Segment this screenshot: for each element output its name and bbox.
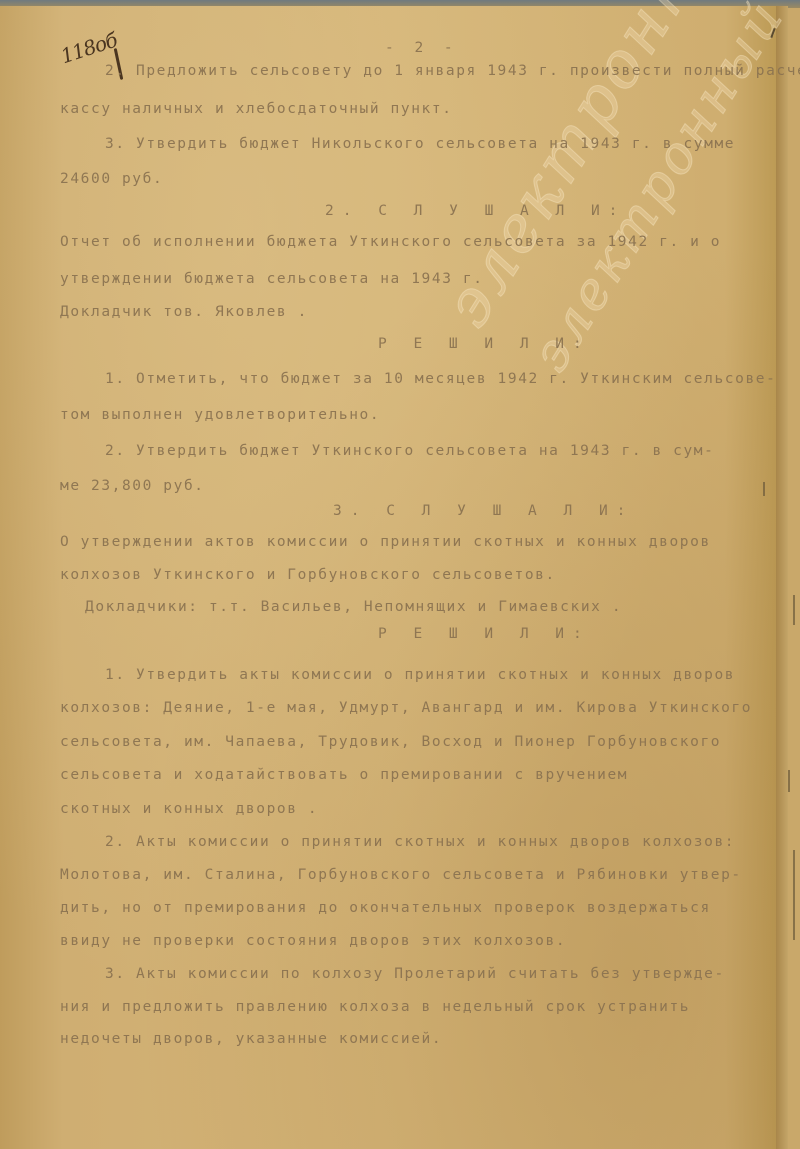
typed-line: 24600 руб. bbox=[60, 171, 163, 187]
typed-line: колхозов: Деяние, 1-е мая, Удмурт, Аванг… bbox=[60, 700, 752, 716]
typed-line: том выполнен удовлетворительно. bbox=[60, 407, 380, 423]
typed-line: 1. Отметить, что бюджет за 10 месяцев 19… bbox=[105, 371, 776, 387]
margin-mark bbox=[763, 482, 765, 496]
page-edge bbox=[776, 6, 788, 1149]
typed-line: Молотова, им. Сталина, Горбуновского сел… bbox=[60, 867, 742, 883]
typed-line: недочеты дворов, указанные комиссией. bbox=[60, 1031, 442, 1047]
typed-line: 2. Предложить сельсовету до 1 января 194… bbox=[105, 63, 800, 79]
typed-line: ме 23,800 руб. bbox=[60, 478, 205, 494]
typed-line: скотных и конных дворов . bbox=[60, 801, 318, 817]
typed-line: утверждении бюджета сельсовета на 1943 г… bbox=[60, 271, 484, 287]
margin-mark bbox=[788, 770, 790, 792]
typed-line: 1. Утвердить акты комиссии о принятии ск… bbox=[105, 667, 735, 683]
section-heading: Р Е Ш И Л И: bbox=[378, 626, 591, 642]
typed-line: ввиду не проверки состояния дворов этих … bbox=[60, 933, 566, 949]
typed-line: колхозов Уткинского и Горбуновского сель… bbox=[60, 567, 556, 583]
typed-line: сельсовета, им. Чапаева, Трудовик, Восхо… bbox=[60, 734, 721, 750]
typed-line: 3. Акты комиссии по колхозу Пролетарий с… bbox=[105, 966, 725, 982]
typed-line: Докладчик тов. Яковлев . bbox=[60, 304, 308, 320]
typed-line: 2. Утвердить бюджет Уткинского сельсовет… bbox=[105, 443, 714, 459]
typed-line: О утверждении актов комиссии о принятии … bbox=[60, 534, 711, 550]
page-number: - 2 - bbox=[385, 40, 459, 56]
typed-line: Докладчики: т.т. Васильев, Непомнящих и … bbox=[85, 599, 622, 615]
typed-line: кассу наличных и хлебосдаточный пункт. bbox=[60, 101, 453, 117]
typed-line: сельсовета и ходатайствовать о премирова… bbox=[60, 767, 628, 783]
typed-line: дить, но от премирования до окончательны… bbox=[60, 900, 711, 916]
typed-line: 3. Утвердить бюджет Никольского сельсове… bbox=[105, 136, 735, 152]
typed-line: Отчет об исполнении бюджета Уткинского с… bbox=[60, 234, 721, 250]
margin-mark bbox=[793, 595, 795, 625]
section-heading: Р Е Ш И Л И: bbox=[378, 336, 591, 352]
typed-line: 2. Акты комиссии о принятии скотных и ко… bbox=[105, 834, 735, 850]
section-heading: 3. С Л У Ш А Л И: bbox=[333, 503, 634, 519]
margin-mark bbox=[793, 850, 795, 940]
typed-line: ния и предложить правлению колхоза в нед… bbox=[60, 999, 690, 1015]
section-heading: 2. С Л У Ш А Л И: bbox=[325, 203, 626, 219]
